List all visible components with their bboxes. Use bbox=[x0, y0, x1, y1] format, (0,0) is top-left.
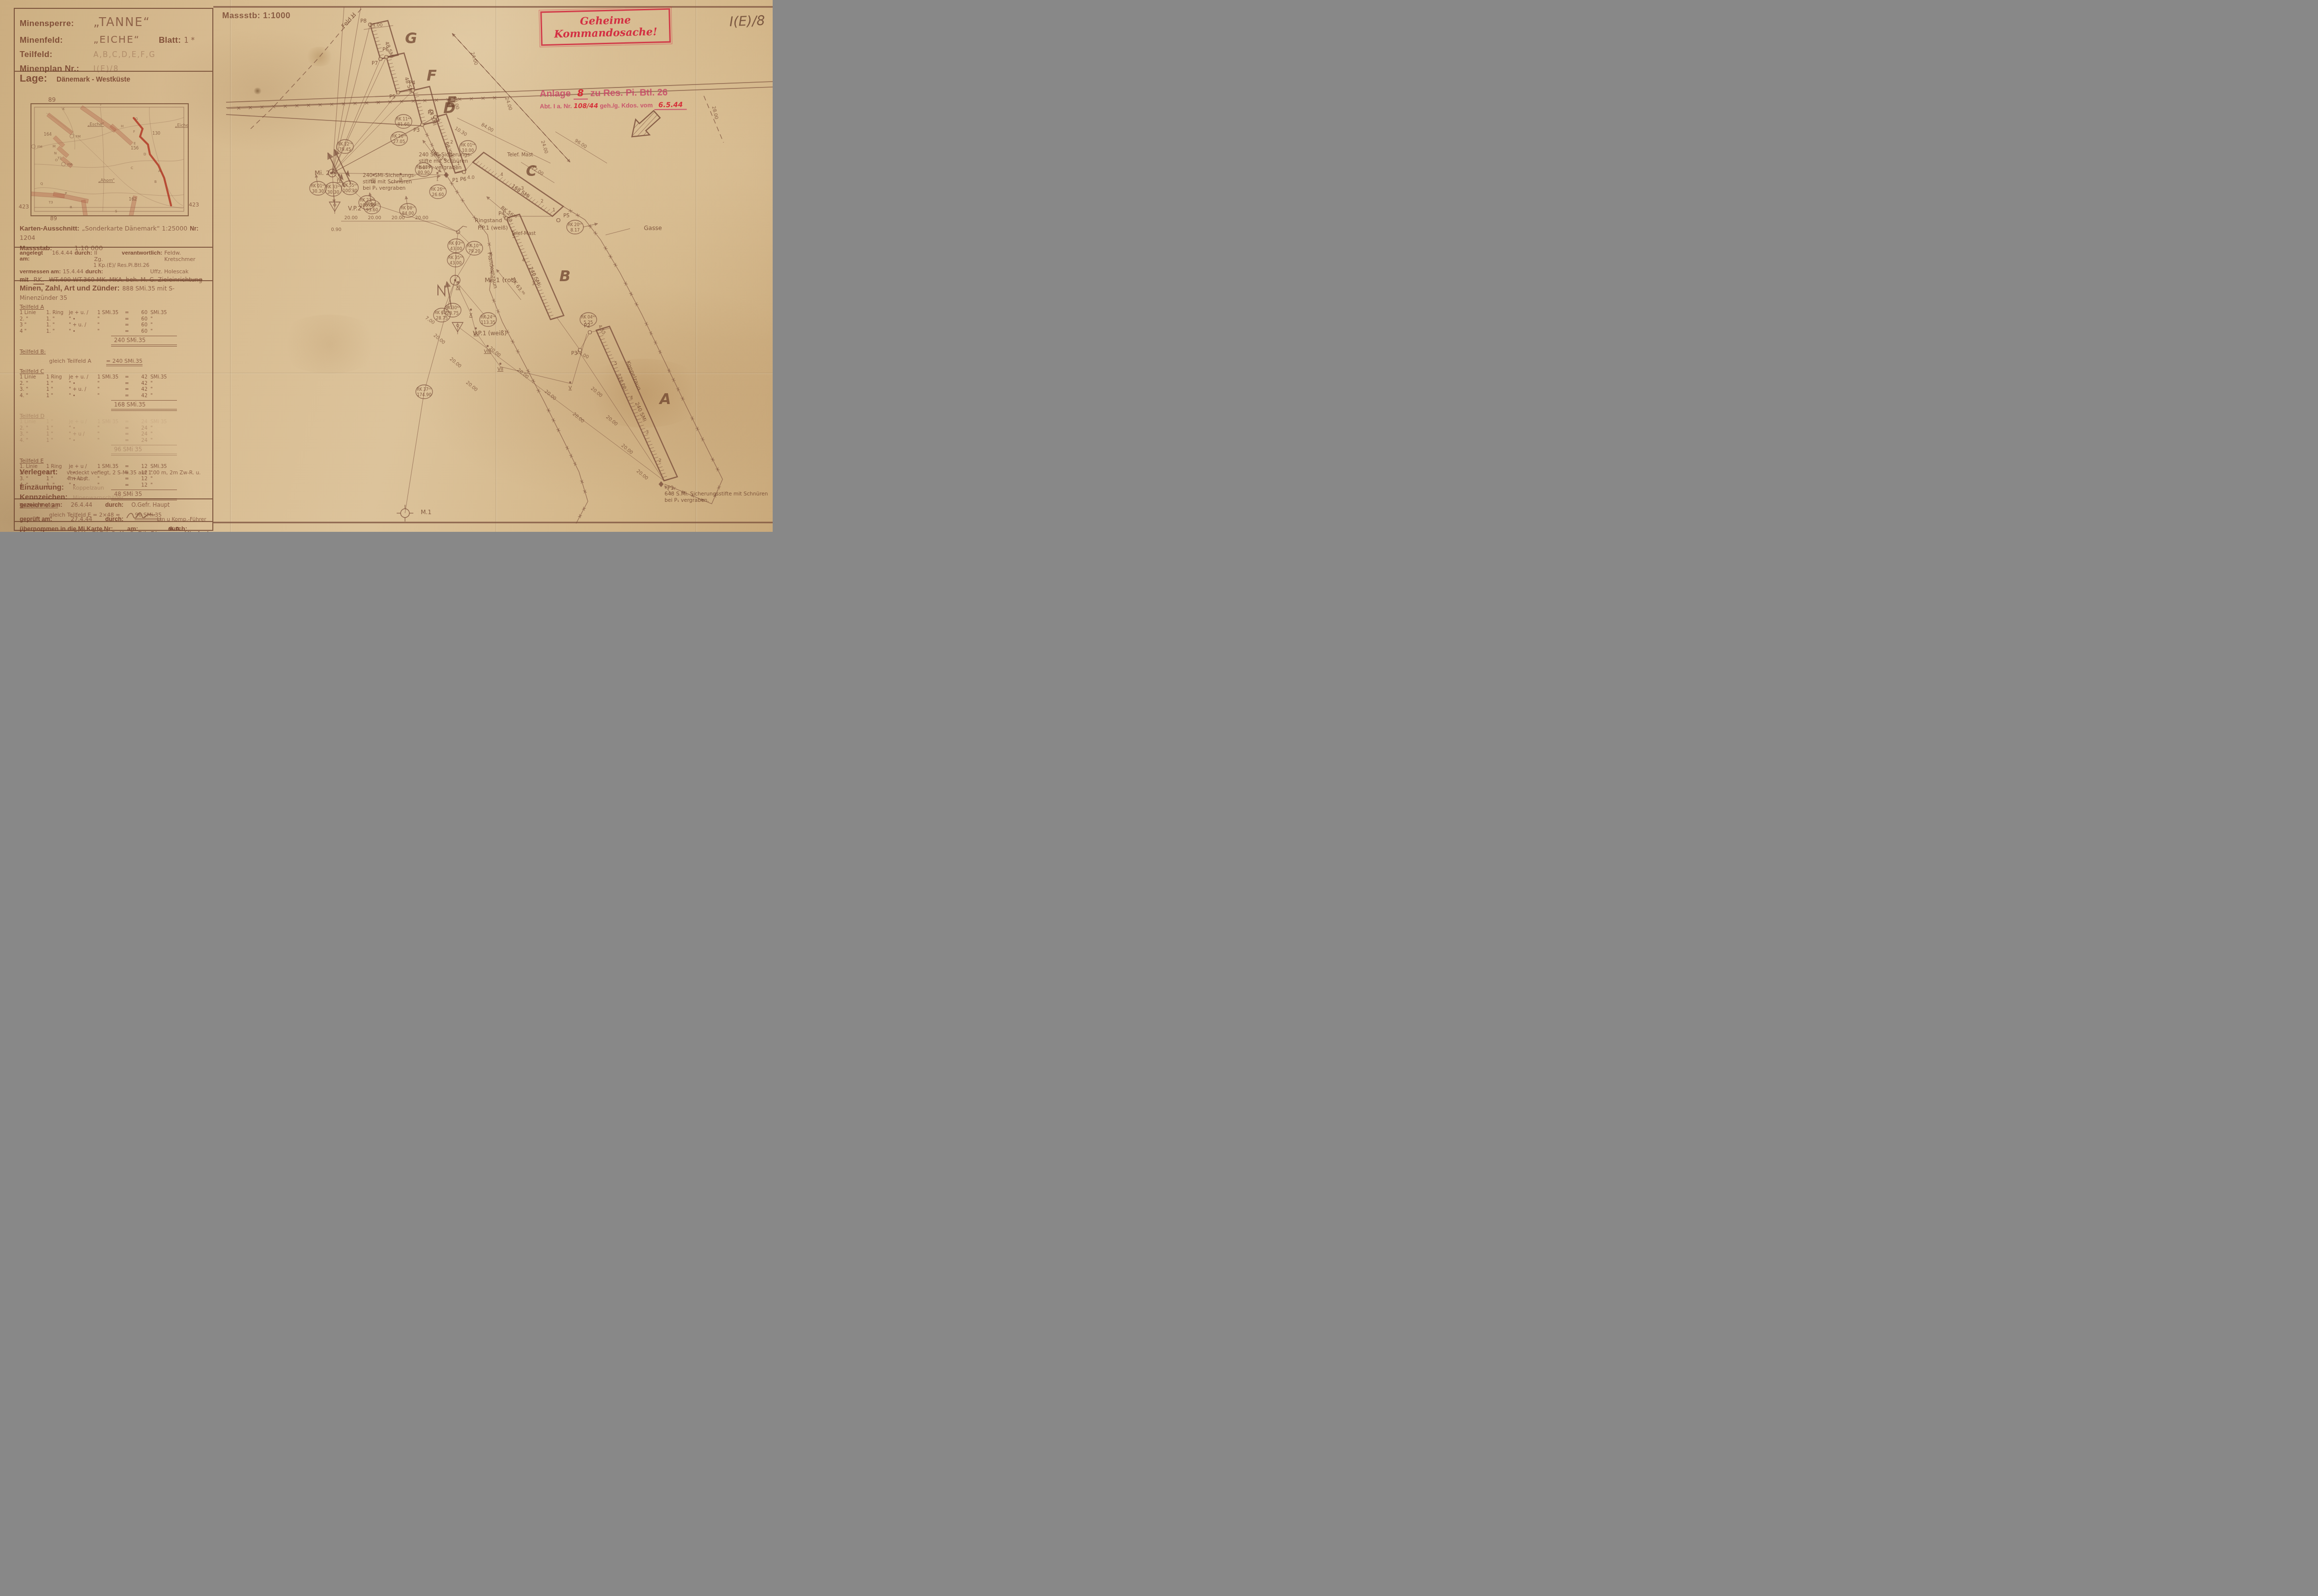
strip-hatch bbox=[510, 227, 515, 228]
cell: = bbox=[125, 317, 133, 323]
line bbox=[461, 199, 464, 203]
point-label-P4: P4 bbox=[409, 80, 415, 86]
blatt-label: Blatt: bbox=[159, 35, 181, 45]
inset-label: „Ahorn“ bbox=[98, 178, 115, 183]
line bbox=[671, 378, 675, 382]
inset-label: FM bbox=[76, 135, 81, 139]
survey-circle-id: RK 26⁵⁹ bbox=[431, 187, 445, 192]
roman-mark: XI bbox=[456, 285, 460, 290]
dim-label: 20.00 bbox=[516, 367, 530, 380]
fence-tick bbox=[565, 446, 569, 450]
cell: " bbox=[150, 438, 173, 444]
strip-hatch bbox=[396, 88, 400, 89]
line bbox=[580, 480, 583, 483]
fence-tick bbox=[583, 490, 586, 493]
strip-hatch bbox=[417, 103, 421, 104]
strip-hatch bbox=[632, 409, 637, 410]
cell: " • bbox=[69, 329, 97, 335]
inset-label: M bbox=[53, 145, 56, 148]
strip-hatch bbox=[373, 34, 377, 35]
buried-point-P1 bbox=[444, 172, 449, 178]
cell: " bbox=[97, 387, 125, 393]
cell: " bbox=[97, 393, 125, 400]
strip-hatch bbox=[388, 63, 393, 64]
strip-hatch bbox=[624, 390, 628, 391]
strip-hatch bbox=[547, 309, 551, 310]
strip-hatch bbox=[607, 351, 611, 353]
fp1-flag2 bbox=[463, 226, 467, 227]
survey-circle-value: 93.60 bbox=[366, 208, 378, 213]
cell: 24 bbox=[133, 438, 150, 444]
fence-tick bbox=[461, 199, 464, 203]
abt-label: Abt. I a. Nr. bbox=[540, 103, 572, 110]
verteiler-cell-line: Min.Arch. bbox=[184, 530, 212, 532]
cell: = bbox=[125, 387, 133, 393]
teilfeld-row: 3 "1. "" + u. /"=60" bbox=[20, 322, 207, 329]
teilfeld-table: Teilfeld D1 Linie1 "je + u /1 SMi 35=24S… bbox=[20, 413, 207, 456]
teilfeld-name: Teilfeld D bbox=[20, 413, 207, 419]
cell: SMi 35 bbox=[150, 419, 173, 426]
strip-hatch bbox=[541, 296, 545, 297]
verteiler-cell-line: W. B. Dän. bbox=[166, 526, 184, 532]
map-label: Telef. Mast bbox=[507, 152, 533, 158]
cell: " bbox=[97, 322, 125, 329]
grid-number-left: 423 bbox=[19, 203, 29, 210]
durch-label-1: durch: bbox=[105, 501, 123, 508]
survey-circle-value: 100.60 bbox=[360, 203, 375, 208]
cell: 4. " bbox=[20, 393, 46, 400]
verteiler-cell-line: Div. bbox=[151, 530, 162, 532]
divider bbox=[15, 498, 212, 499]
strip-hatch bbox=[634, 412, 638, 414]
cell: 24 bbox=[133, 426, 150, 432]
fence-tick bbox=[582, 507, 586, 511]
strip-hatch bbox=[482, 165, 485, 168]
inset-label: G bbox=[135, 117, 138, 121]
dim-label: 20.00 bbox=[636, 468, 649, 481]
cell: 1. " bbox=[46, 317, 69, 323]
dim-label: 20.00 bbox=[433, 333, 446, 346]
strip-hatch bbox=[541, 205, 544, 208]
survey-circle-value: 100.30 bbox=[343, 189, 357, 194]
survey-info-section: angelegt am: 16.4.44 durch: II Zg. veran… bbox=[15, 250, 212, 285]
cell: 60 bbox=[133, 329, 150, 335]
secret-stamp: Geheime Kommandosache! bbox=[540, 8, 671, 46]
line bbox=[676, 387, 680, 391]
map-scale-note: Massstb: 1:1000 bbox=[222, 11, 290, 21]
dim-label: 10.30 bbox=[454, 126, 468, 138]
cell: " bbox=[150, 432, 173, 438]
grid-number-bottom: 89 bbox=[50, 215, 57, 222]
kennzeichen-label: Kennzeichen: bbox=[20, 493, 73, 501]
strip-hatch bbox=[544, 207, 547, 210]
strip-hatch bbox=[604, 345, 608, 347]
strip-hatch bbox=[547, 209, 550, 212]
point-label-P6: P6 bbox=[382, 47, 389, 53]
fence-tick bbox=[613, 263, 617, 267]
gezeichnet-name: O.Gefr. Haupt bbox=[131, 501, 170, 508]
point-label-P1: P1 bbox=[452, 177, 459, 183]
cell: " • bbox=[69, 438, 97, 444]
cell: = bbox=[125, 419, 133, 426]
strip-seg-num: 4 bbox=[630, 396, 633, 401]
cell: 24 bbox=[133, 419, 150, 426]
strip-hatch bbox=[389, 67, 394, 68]
dim-label: 4.0 bbox=[467, 175, 474, 180]
survey-circle-value: 113.35 bbox=[481, 320, 495, 325]
survey-circle-id: RK 10⁷⁸ bbox=[467, 244, 482, 248]
cell: " bbox=[150, 329, 173, 335]
fence-tick bbox=[629, 292, 633, 296]
cell: 1 SMi.35 bbox=[97, 375, 125, 381]
fence-tick bbox=[430, 143, 434, 147]
dim-label: 84.00 bbox=[480, 122, 494, 133]
strip-hatch bbox=[518, 242, 522, 244]
strip-hatch bbox=[394, 81, 398, 82]
inset-label: Q bbox=[40, 182, 43, 186]
fence-tick bbox=[671, 378, 675, 382]
fence-tick bbox=[547, 408, 551, 412]
strip-hatch bbox=[441, 132, 446, 133]
fence-tick bbox=[604, 246, 608, 250]
karten-label: Karten-Ausschnitt: bbox=[20, 225, 80, 232]
teilfeld-total: 168 SMi.35 bbox=[111, 400, 177, 411]
dim-label: 20.00 bbox=[344, 215, 357, 221]
fence-tick bbox=[649, 331, 653, 335]
fence-tick bbox=[573, 462, 577, 466]
point-P2 bbox=[588, 331, 592, 334]
survey-circle-value: 174.90 bbox=[417, 393, 432, 398]
strip-hatch bbox=[602, 342, 607, 343]
vermesser-name: Uffz. Holescak bbox=[150, 268, 189, 275]
point-P4 bbox=[411, 89, 415, 92]
dim-label: 120.00 bbox=[616, 374, 627, 391]
strip-hatch bbox=[605, 348, 609, 350]
strip-hatch bbox=[661, 473, 666, 474]
teilfeld-row: 1 Linie1 "je + u /1 SMi 35=24SMi 35 bbox=[20, 419, 207, 426]
strip-hatch bbox=[496, 175, 500, 178]
road-line bbox=[226, 115, 422, 126]
inset-label: F bbox=[133, 130, 135, 134]
teilfeld-inline: gleich Teilfeld A= 240 SMi.35 bbox=[20, 358, 207, 366]
cell: = bbox=[125, 432, 133, 438]
strip-hatch bbox=[493, 173, 497, 176]
lage-value: Dänemark - Westküste bbox=[57, 75, 130, 83]
inset-minefield-strip bbox=[80, 106, 116, 133]
survey-circle-value: 80.90 bbox=[418, 171, 430, 175]
strip-hatch bbox=[647, 441, 651, 442]
cell: = bbox=[125, 375, 133, 381]
cell: = bbox=[125, 426, 133, 432]
strip-hatch bbox=[613, 368, 618, 369]
divider bbox=[15, 71, 212, 72]
dim-label: 24.00 bbox=[540, 140, 549, 154]
fence-tick bbox=[644, 322, 648, 326]
strip-hatch bbox=[527, 264, 531, 266]
strip-hatch bbox=[508, 183, 512, 186]
map-note-line: bei P₁ vergraben bbox=[419, 165, 462, 171]
strip-seg-num: 5 bbox=[614, 361, 617, 366]
teilfeld-row: 1 Linie1. Ringje + u. /1 SMi.35=60SMi.35 bbox=[20, 310, 207, 317]
north-n-glyph bbox=[438, 286, 445, 295]
dim-label: 14.00 bbox=[575, 349, 589, 360]
cell: " bbox=[97, 317, 125, 323]
survey-circle-value: 8.17 bbox=[571, 228, 580, 233]
divider bbox=[15, 247, 212, 248]
dim-label: 20.00 bbox=[368, 215, 381, 221]
inset-label: FM bbox=[37, 145, 42, 149]
fence-tick bbox=[536, 389, 540, 393]
cell: 1. " bbox=[46, 322, 69, 329]
point-label-P2: P2 bbox=[428, 110, 434, 116]
strip-hatch bbox=[635, 415, 639, 417]
roman-mark: VII bbox=[497, 367, 503, 372]
line bbox=[700, 437, 704, 441]
strip-seg-num: 2 bbox=[450, 140, 453, 145]
survey-line bbox=[332, 57, 386, 173]
cell: = bbox=[125, 322, 133, 329]
fence-tick bbox=[717, 486, 721, 490]
dim-label: 20.00 bbox=[465, 380, 479, 393]
cell: 60 bbox=[133, 317, 150, 323]
cell: = bbox=[125, 381, 133, 387]
cell: " bbox=[97, 438, 125, 444]
cell: 60 bbox=[133, 310, 150, 317]
survey-circle-value: 28.75 bbox=[447, 311, 459, 316]
strip-hatch bbox=[532, 199, 535, 202]
inset-label: D bbox=[144, 152, 146, 156]
inset-fm-circle bbox=[70, 134, 74, 138]
line bbox=[624, 282, 628, 286]
karten-section: Karten-Ausschnitt: „Sonderkarte Dänemark… bbox=[15, 223, 212, 252]
point-label-P7: P7 bbox=[372, 60, 378, 66]
cell: = bbox=[125, 310, 133, 317]
roman-mark-dot bbox=[436, 172, 438, 174]
karten-nr-label: Nr: bbox=[190, 225, 198, 232]
survey-circle-id: RK 20⁵⁷ bbox=[568, 223, 582, 227]
strip-hatch bbox=[615, 371, 619, 372]
cell: je + u / bbox=[69, 419, 97, 426]
verlegeart-value: verdeckt verlegt, 2 S-Mi.35 auf 1.00 m, … bbox=[67, 470, 207, 482]
strip-hatch bbox=[491, 171, 494, 174]
strip-hatch bbox=[548, 312, 552, 314]
annex-number: 8 bbox=[573, 88, 587, 100]
strip-hatch bbox=[524, 258, 529, 260]
cell: = bbox=[125, 329, 133, 335]
strip-hatch bbox=[499, 177, 503, 180]
cell: " + u. / bbox=[69, 322, 97, 329]
strip-hatch bbox=[638, 422, 642, 423]
strip-hatch bbox=[418, 110, 423, 111]
survey-line bbox=[341, 221, 458, 232]
line bbox=[511, 340, 515, 344]
strip-hatch bbox=[625, 393, 630, 395]
line bbox=[531, 379, 535, 383]
point-P3 bbox=[421, 123, 424, 127]
survey-circle-id: RK 03⁶² bbox=[449, 241, 464, 246]
vermessen-date: 15.4.44 bbox=[63, 268, 84, 275]
line bbox=[635, 302, 638, 306]
cell: je + u. / bbox=[69, 310, 97, 317]
verteiler-cell-line: Gr.Btl bbox=[129, 530, 146, 532]
cell: = bbox=[125, 393, 133, 400]
cell: 3. " bbox=[20, 387, 46, 393]
strip-hatch bbox=[552, 213, 556, 216]
dim-label: 20.00 bbox=[572, 411, 585, 424]
line bbox=[547, 408, 551, 412]
line bbox=[716, 467, 720, 471]
map-note-line: 648 S.Mi. Sicherungsstifte mit Schnüren bbox=[665, 491, 768, 497]
strip-hatch bbox=[609, 358, 613, 359]
strip-count-C: 168 SMi bbox=[510, 183, 531, 200]
roman-mark: X bbox=[469, 313, 473, 318]
cell: 4 " bbox=[20, 329, 46, 335]
inline-text: gleich Teilfeld A bbox=[49, 358, 91, 366]
cell: SMi.35 bbox=[150, 310, 173, 317]
verlegeart-label: Verlegeart: bbox=[20, 468, 67, 476]
dim-label: 20.00 bbox=[415, 215, 428, 221]
strip-hatch bbox=[420, 117, 425, 118]
cell: 1 Ring bbox=[46, 375, 69, 381]
angelegt-durch: II Zg. bbox=[94, 250, 106, 262]
fence-tick bbox=[425, 133, 429, 137]
cell: " bbox=[150, 387, 173, 393]
cell: 1 Linie bbox=[20, 310, 46, 317]
strip-hatch bbox=[653, 454, 657, 455]
strip-hatch bbox=[438, 122, 442, 123]
dim-label: 96.00 bbox=[574, 138, 588, 150]
mi2-dot bbox=[330, 172, 333, 174]
map-label: M.1 bbox=[421, 509, 432, 516]
map-note-line: bei P₁ vergraben bbox=[363, 185, 406, 191]
fence-tick bbox=[455, 190, 459, 194]
fence-tick bbox=[624, 282, 628, 286]
survey-circle-value: 26.60 bbox=[432, 193, 444, 198]
abt-date: 6.5.44 bbox=[654, 101, 687, 110]
survey-circle-id: RK 08¹⁷ bbox=[401, 206, 415, 210]
cell: 1 " bbox=[46, 387, 69, 393]
strip-hatch bbox=[549, 315, 553, 317]
cell: " bbox=[150, 381, 173, 387]
dim-label: 20.00 bbox=[449, 356, 463, 369]
fence-tick bbox=[576, 213, 579, 217]
map-label: Koppelzaun bbox=[625, 360, 642, 391]
einzaunung-value: Koppelzaun bbox=[73, 485, 104, 491]
inset-label: 162 bbox=[129, 197, 137, 202]
strip-hatch bbox=[376, 41, 380, 42]
inline-total: = 240 SMi.35 bbox=[106, 358, 143, 366]
header-section: Minensperre: „TANNE“ Minenfeld: „EICHE“ … bbox=[15, 11, 212, 74]
strip-hatch bbox=[421, 120, 426, 121]
strip-hatch bbox=[523, 255, 527, 257]
strip-hatch bbox=[414, 93, 418, 94]
strip-hatch bbox=[599, 335, 604, 337]
map-note-line: 240 SMi-Sicherungs- bbox=[419, 152, 472, 158]
teilfeld-total: 240 SMi.35 bbox=[111, 336, 177, 347]
survey-circle-id: RK 33¹⁰ bbox=[326, 185, 341, 189]
fence-tick bbox=[700, 437, 704, 441]
survey-line bbox=[332, 59, 380, 173]
teilfeld-name: Teilfeld B: bbox=[20, 348, 207, 355]
survey-circle-id: RK 01⁶⁴ bbox=[461, 143, 475, 147]
strip-hatch bbox=[419, 114, 424, 115]
line bbox=[711, 458, 715, 462]
divider bbox=[15, 521, 212, 522]
strip-hatch bbox=[485, 167, 488, 170]
map-note-line: bei P₁ vergraben. bbox=[665, 497, 709, 503]
teilfeld-table: Teilfeld B:gleich Teilfeld A= 240 SMi.35 bbox=[20, 348, 207, 366]
signatures-section: gezeichnet am: 26.4.44 durch: O.Gefr. Ha… bbox=[15, 501, 212, 522]
survey-circle-id: RK 23⁹² bbox=[360, 198, 375, 203]
fence-tick bbox=[569, 209, 573, 213]
cell: " • bbox=[69, 317, 97, 323]
line bbox=[608, 255, 612, 259]
dashed-line bbox=[704, 96, 724, 143]
line bbox=[681, 397, 685, 401]
strip-hatch bbox=[390, 70, 395, 71]
fence-tick bbox=[676, 387, 680, 391]
line bbox=[430, 143, 434, 147]
roman-mark-dot bbox=[499, 363, 501, 365]
verteiler-cell-line: Pi.Kp. bbox=[74, 530, 91, 532]
dim-label: 14.00 bbox=[369, 23, 382, 28]
roman-mark-dot bbox=[487, 345, 489, 347]
inset-minefield-strip bbox=[47, 113, 73, 135]
strip-letter-B: B bbox=[559, 268, 571, 285]
strip-hatch bbox=[439, 126, 443, 127]
lage-section: Lage: Dänemark - Westküste bbox=[15, 73, 212, 85]
inset-fm-circle bbox=[31, 145, 35, 148]
cell: 1 " bbox=[46, 381, 69, 387]
strip-hatch bbox=[473, 159, 476, 162]
cell: " bbox=[97, 329, 125, 335]
minenfeld-label: Minenfeld: bbox=[20, 35, 93, 45]
survey-circle-value: 81.60 bbox=[398, 122, 409, 127]
cell: 3 " bbox=[20, 322, 46, 329]
cell: 1 SMi 35 bbox=[97, 419, 125, 426]
cell: 1 " bbox=[46, 393, 69, 400]
dim-label: 20.00 bbox=[590, 386, 604, 399]
inset-label: N bbox=[54, 151, 57, 155]
cell: 1. Ring bbox=[46, 310, 69, 317]
cell: 42 bbox=[133, 381, 150, 387]
point-label-P5: P5 bbox=[563, 213, 570, 219]
line bbox=[604, 246, 608, 250]
line bbox=[583, 490, 586, 493]
minenplan-value: I(E)/8 bbox=[93, 64, 119, 73]
point-label-P8: P8 bbox=[360, 18, 367, 24]
strip-hatch bbox=[509, 223, 514, 225]
cell: 42 bbox=[133, 375, 150, 381]
line bbox=[556, 428, 560, 432]
line bbox=[496, 309, 500, 313]
inset-sketch-line bbox=[149, 107, 183, 205]
inset-label: 164 bbox=[44, 132, 52, 137]
teilfeld-name: Teilfeld A bbox=[20, 304, 207, 310]
teilfeld-value: A,B,C,D,E,F,G bbox=[93, 50, 156, 59]
strip-seg-num: 3 bbox=[521, 186, 524, 191]
teilfeld-table: Teilfeld C1 Linie1 Ringje + u. /1 SMi.35… bbox=[20, 368, 207, 411]
strip-seg-num: 3 bbox=[532, 282, 535, 287]
strip-hatch bbox=[535, 202, 538, 204]
map-label: V.P.1 (weiß) bbox=[473, 330, 507, 337]
survey-circle-id: RK 11⁴⁴ bbox=[396, 117, 411, 121]
dim-label: 20.00 bbox=[544, 389, 557, 402]
strip-hatch bbox=[540, 293, 544, 294]
line bbox=[569, 454, 573, 458]
mit-label: mit bbox=[20, 276, 29, 283]
survey-circle-id: RK 01⁰⁵ bbox=[311, 184, 325, 188]
